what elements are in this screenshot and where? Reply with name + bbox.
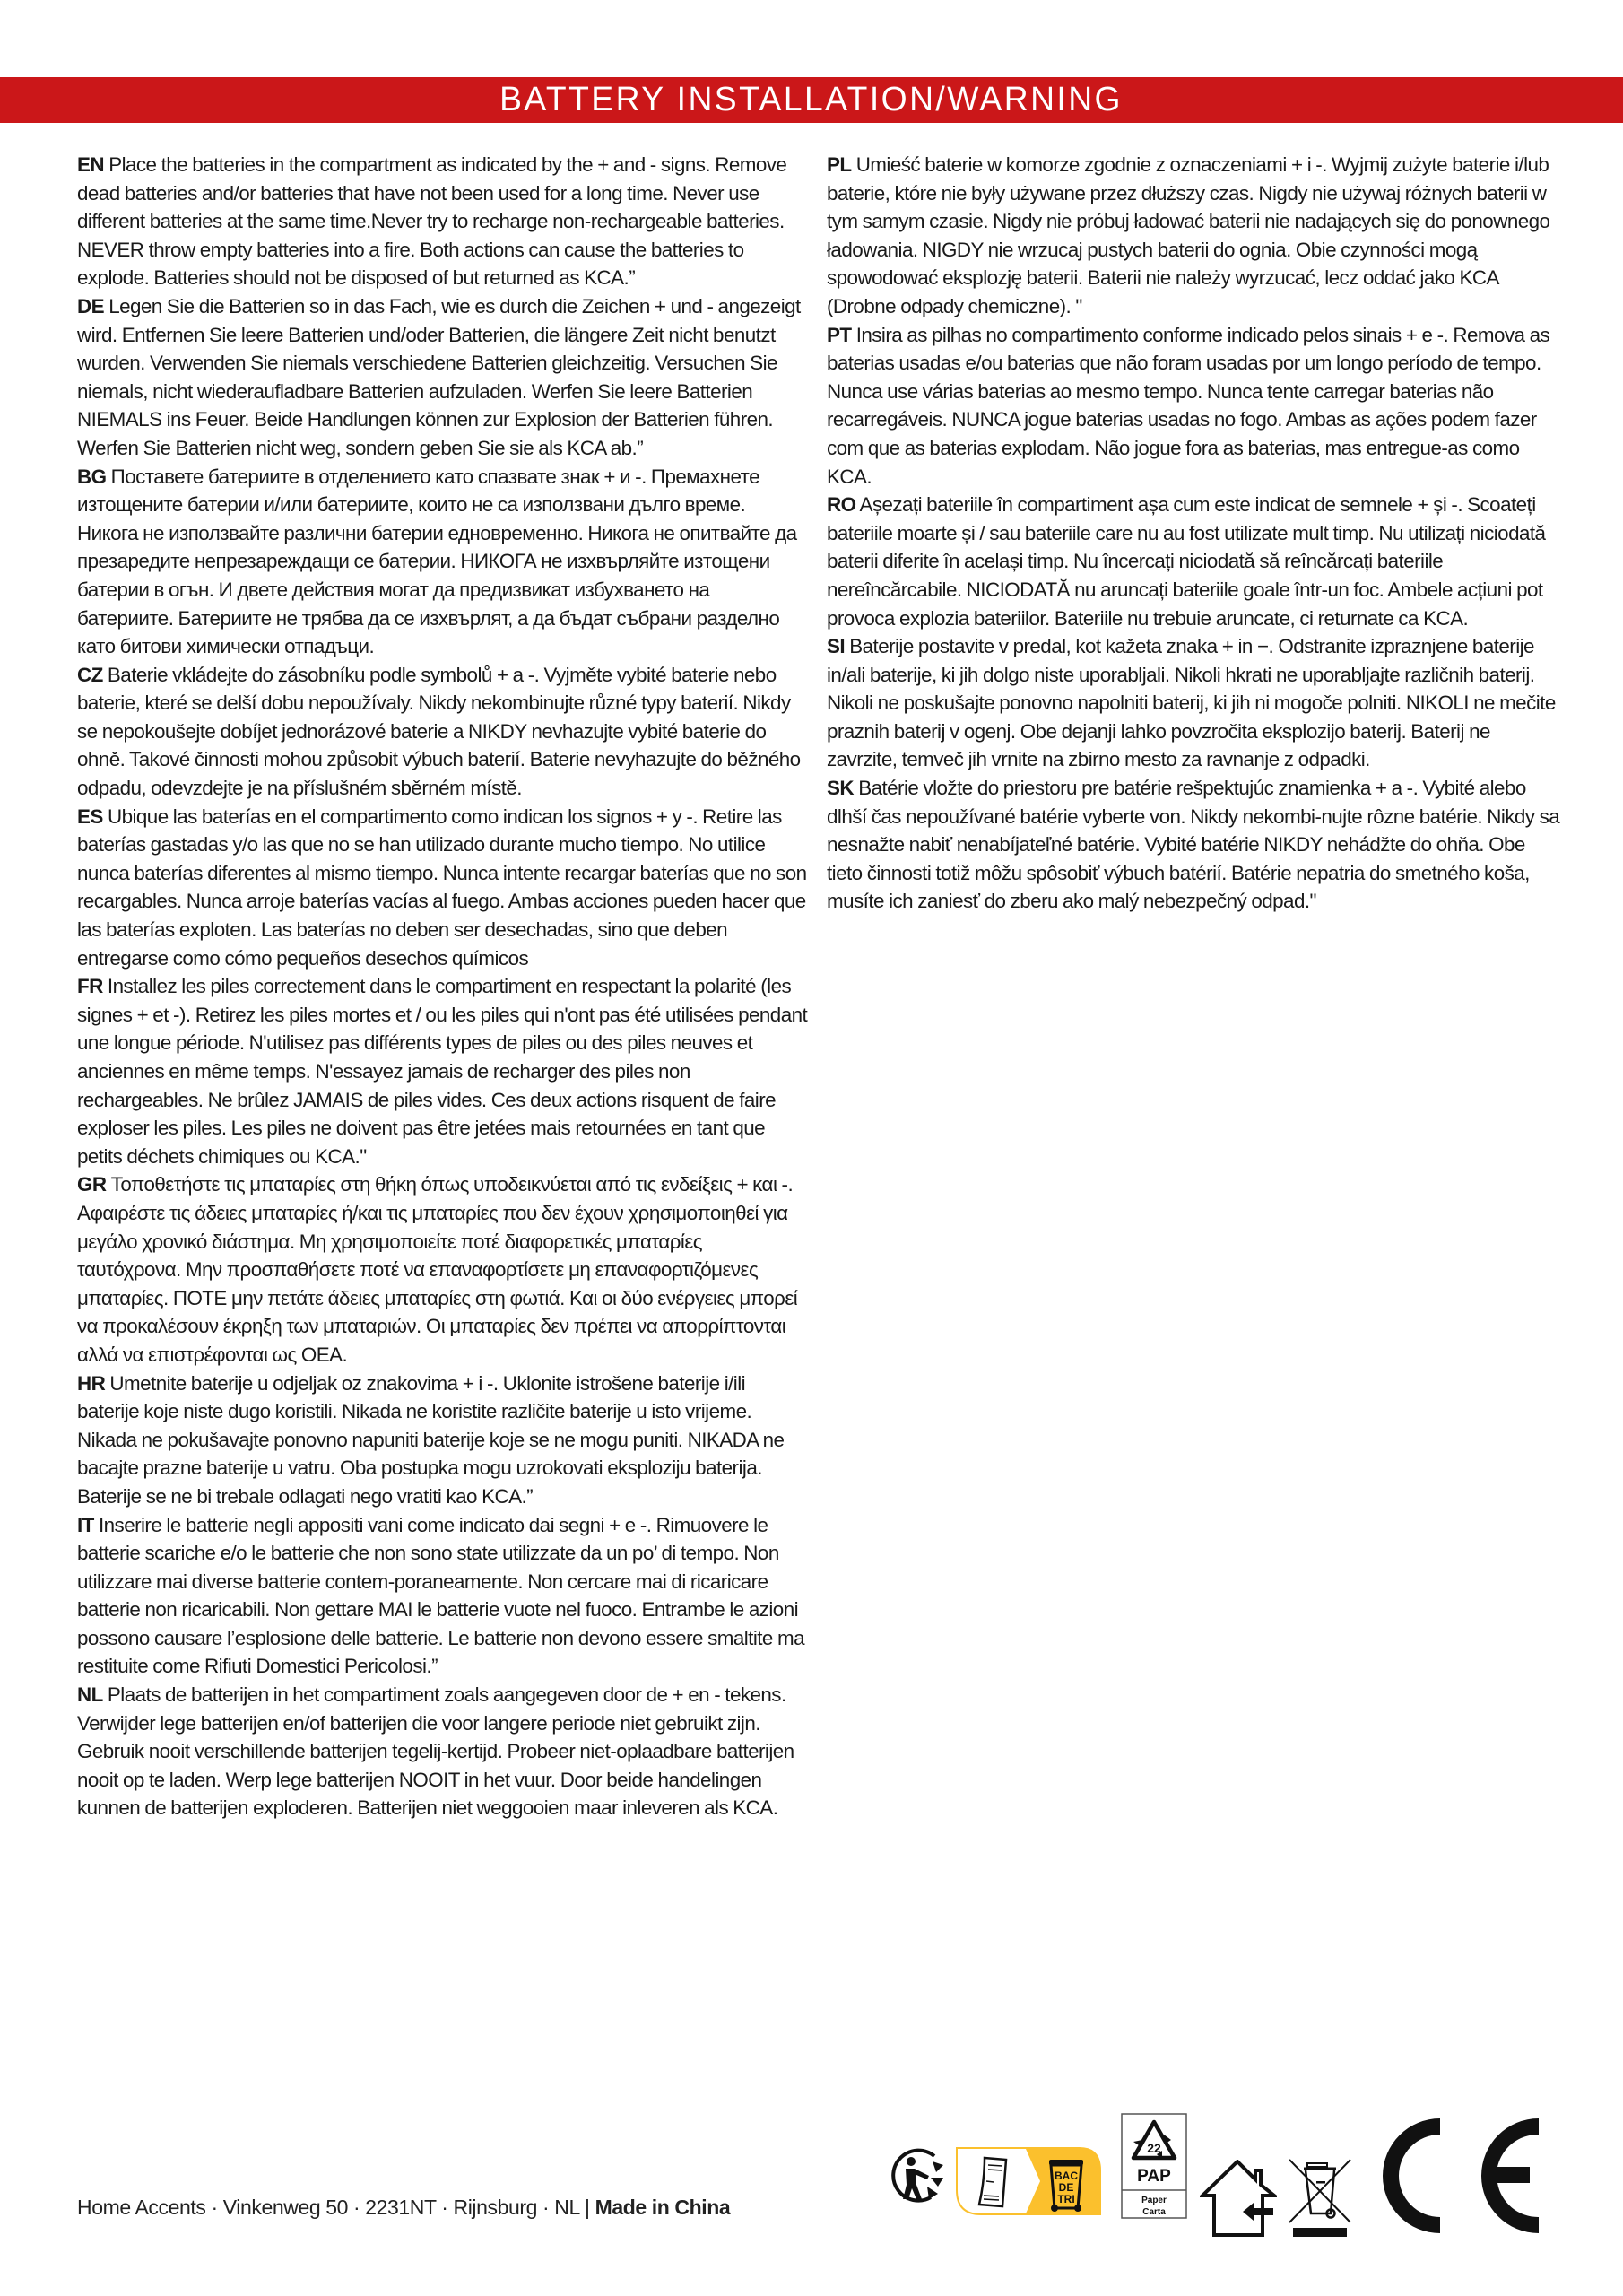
pap-22-recycling-icon: 22 PAP Paper Carta [1121, 2113, 1187, 2219]
crossed-out-bin-icon [1288, 2158, 1352, 2239]
triman-recycling-icon [888, 2144, 950, 2206]
page-title: BATTERY INSTALLATION/WARNING [500, 81, 1124, 119]
svg-text:PAP: PAP [1137, 2167, 1171, 2186]
section-it: IT Inserire le batterie negli appositi v… [77, 1511, 809, 1682]
section-ro: RO Așezați bateriile în compartiment așa… [827, 491, 1560, 632]
section-bg: BG Поставете батериите в отделението кат… [77, 463, 809, 661]
section-pt: PT Insira as pilhas no compartimento con… [827, 321, 1560, 491]
section-es: ES Ubique las baterías en el compartimen… [77, 803, 809, 973]
bac-de-tri-sorting-icon: BAC DE TRI [954, 2145, 1103, 2217]
svg-text:DE: DE [1059, 2181, 1074, 2194]
title-banner: BATTERY INSTALLATION/WARNING [0, 77, 1623, 123]
left-column: EN Place the batteries in the compartmen… [77, 151, 809, 1822]
svg-text:BAC: BAC [1055, 2170, 1078, 2182]
section-pl: PL Umieść baterie w komorze zgodnie z oz… [827, 151, 1560, 321]
section-nl: NL Plaats de batterijen in het compartim… [77, 1681, 809, 1822]
country-of-origin: Made in China [595, 2196, 731, 2219]
svg-text:Carta: Carta [1142, 2207, 1166, 2217]
svg-text:22: 22 [1147, 2141, 1161, 2155]
svg-text:Paper: Paper [1141, 2196, 1167, 2205]
compliance-icons: BAC DE TRI 22 PAP Paper Carta [888, 2099, 1569, 2242]
ce-mark-icon [1376, 2115, 1551, 2237]
footer-address: Home Accents · Vinkenweg 50 · 2231NT · R… [77, 2196, 730, 2220]
indoor-use-only-icon [1200, 2160, 1277, 2237]
svg-text:TRI: TRI [1057, 2193, 1074, 2205]
section-si: SI Baterije postavite v predal, kot kaže… [827, 632, 1560, 774]
right-column: PL Umieść baterie w komorze zgodnie z oz… [827, 151, 1560, 916]
section-gr: GR Τοποθετήστε τις μπαταρίες στη θήκη όπ… [77, 1170, 809, 1369]
section-sk: SK Batérie vložte do priestoru pre batér… [827, 774, 1560, 916]
section-en: EN Place the batteries in the compartmen… [77, 151, 809, 292]
section-cz: CZ Baterie vkládejte do zásobníku podle … [77, 661, 809, 803]
section-de: DE Legen Sie die Batterien so in das Fac… [77, 292, 809, 463]
company-address: Home Accents · Vinkenweg 50 · 2231NT · R… [77, 2196, 595, 2219]
section-hr: HR Umetnite baterije u odjeljak oz znako… [77, 1370, 809, 1511]
section-fr: FR Installez les piles correctement dans… [77, 972, 809, 1170]
